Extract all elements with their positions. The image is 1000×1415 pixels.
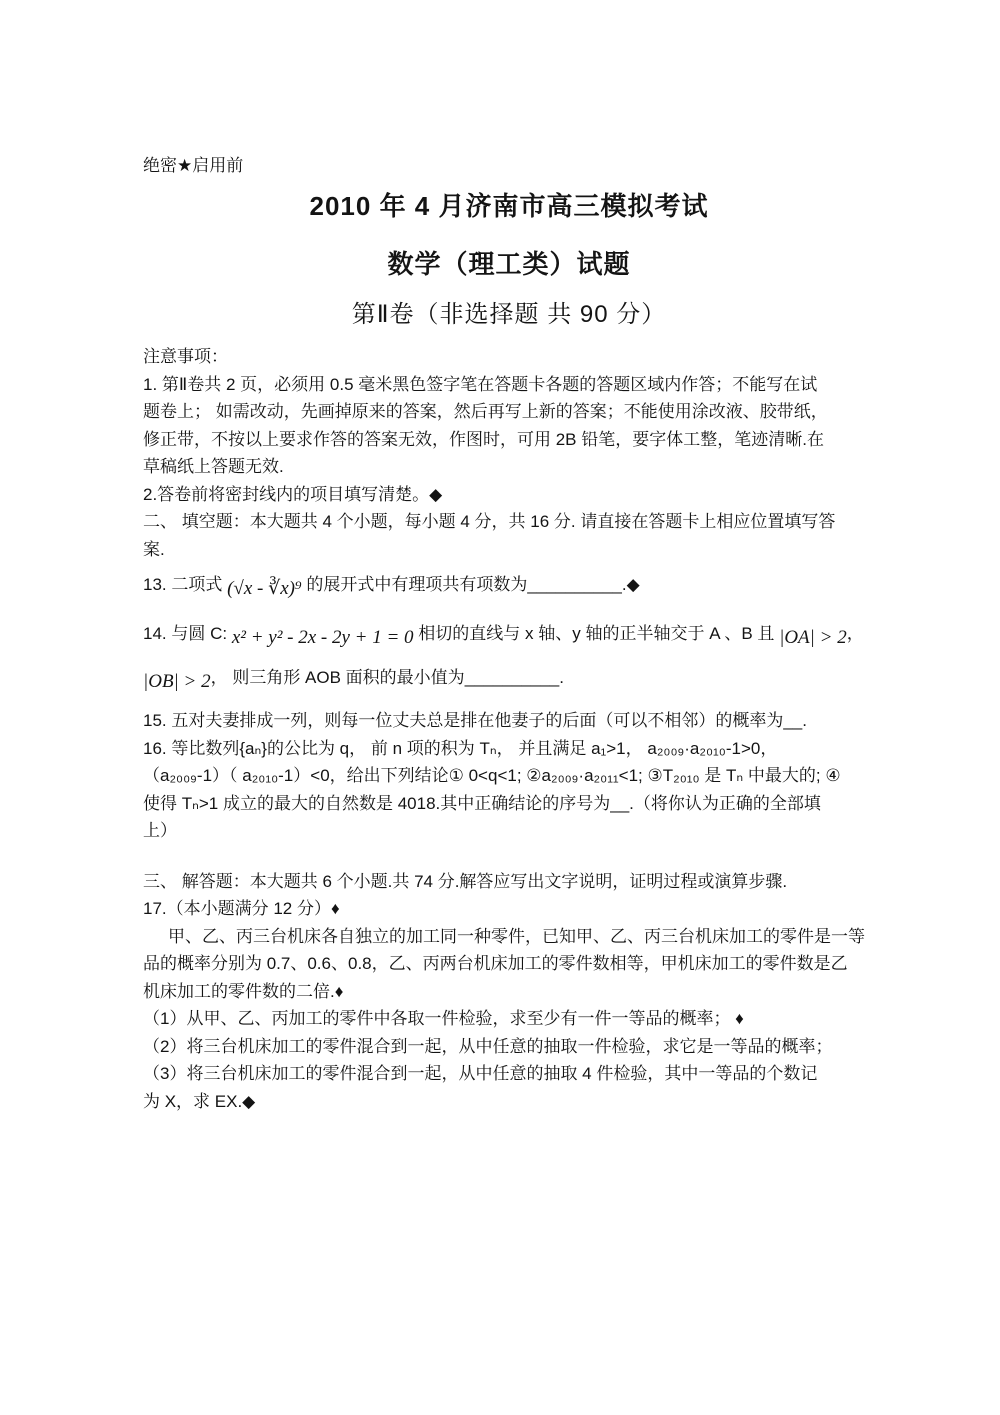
q13-binomial-formula: (√x - ∛x)⁹: [227, 578, 302, 599]
notice-item-1-line-4: 草稿纸上答题无效.: [143, 453, 875, 481]
question-14-line-2: |OB| > 2， 则三角形 AOB 面积的最小值为__________.: [143, 657, 875, 699]
question-14-line-1: 14. 与圆 C: x² + y² - 2x - 2y + 1 = 0 相切的直…: [143, 611, 875, 657]
notice-item-1-line-2: 题卷上； 如需改动，先画掉原来的答案，然后再写上新的答案；不能使用涂改液、胶带纸…: [143, 398, 875, 426]
q14-ob-condition: |OB| > 2: [143, 671, 211, 692]
question-17-part-1: （1）从甲、乙、丙加工的零件中各取一件检验，求至少有一件一等品的概率； ♦: [143, 1005, 875, 1033]
question-13: 13. 二项式 (√x - ∛x)⁹ 的展开式中有理项共有项数为________…: [143, 565, 875, 605]
notice-item-1-line-3: 修正带，不按以上要求作答的答案无效，作图时，可用 2B 铅笔，要字体工整，笔迹清…: [143, 426, 875, 454]
question-16-line-4: 上）: [143, 817, 875, 845]
q14-text-tail-1: ，: [847, 624, 864, 643]
q14-text-mid-2: ， 则三角形 AOB 面积的最小值为: [211, 668, 465, 687]
notice-heading: 注意事项：: [143, 343, 875, 371]
q13-answer-blank: __________: [527, 575, 622, 594]
page-content: 绝密★启用前 2010 年 4 月济南市高三模拟考试 数学（理工类）试题 第Ⅱ卷…: [143, 152, 875, 1115]
question-17-intro-line-3: 机床加工的零件数的二倍.♦: [143, 978, 875, 1006]
question-17-part-2: （2）将三台机床加工的零件混合到一起，从中任意的抽取一件检验，求它是一等品的概率…: [143, 1033, 875, 1061]
fill-in-section-header-line-1: 二、 填空题：本大题共 4 个小题，每小题 4 分，共 16 分. 请直接在答题…: [143, 508, 875, 536]
q14-text-mid: 相切的直线与 x 轴、y 轴的正半轴交于 A 、B 且: [418, 624, 779, 643]
q14-oa-condition: |OA| > 2: [779, 627, 847, 648]
section-banner: 第Ⅱ卷（非选择题 共 90 分）: [143, 299, 875, 331]
q13-text-tail: .◆: [622, 575, 640, 594]
question-16-line-2: （a₂₀₀₉-1）（ a₂₀₁₀-1）<0，给出下列结论① 0<q<1; ②a₂…: [143, 762, 875, 790]
q13-text-post: 的展开式中有理项共有项数为: [306, 575, 527, 594]
q14-text-pre: 14. 与圆 C:: [143, 624, 232, 643]
question-17-intro-line-2: 品的概率分别为 0.7、0.6、0.8，乙、丙两台机床加工的零件数相等，甲机床加…: [143, 950, 875, 978]
question-17-header: 17.（本小题满分 12 分）♦: [143, 895, 875, 923]
classification-label: 绝密★启用前: [143, 152, 875, 179]
q14-text-tail-2: .: [559, 668, 564, 687]
question-15: 15. 五对夫妻排成一列，则每一位丈夫总是排在他妻子的后面（可以不相邻）的概率为…: [143, 707, 875, 735]
notice-item-2: 2.答卷前将密封线内的项目填写清楚。◆: [143, 481, 875, 509]
exam-body: 注意事项： 1. 第Ⅱ卷共 2 页，必须用 0.5 毫米黑色签字笔在答题卡各题的…: [143, 343, 875, 1115]
q13-text-pre: 13. 二项式: [143, 575, 227, 594]
q14-answer-blank: __________: [465, 668, 560, 687]
exam-title: 2010 年 4 月济南市高三模拟考试: [143, 189, 875, 223]
exam-subtitle: 数学（理工类）试题: [143, 247, 875, 281]
exam-page: 绝密★启用前 2010 年 4 月济南市高三模拟考试 数学（理工类）试题 第Ⅱ卷…: [0, 0, 1000, 1415]
question-17-intro-line-1: 甲、乙、丙三台机床各自独立的加工同一种零件，已知甲、乙、丙三台机床加工的零件是一…: [143, 923, 875, 951]
question-17-part-3-line-1: （3）将三台机床加工的零件混合到一起，从中任意的抽取 4 件检验，其中一等品的个…: [143, 1060, 875, 1088]
q14-circle-equation: x² + y² - 2x - 2y + 1 = 0: [232, 627, 414, 648]
question-16-line-1: 16. 等比数列{aₙ}的公比为 q， 前 n 项的积为 Tₙ， 并且满足 a₁…: [143, 735, 875, 763]
fill-in-section-header-line-2: 案.: [143, 536, 875, 564]
solve-section-header: 三、 解答题：本大题共 6 个小题.共 74 分.解答应写出文字说明，证明过程或…: [143, 868, 875, 896]
question-16-line-3: 使得 Tₙ>1 成立的最大的自然数是 4018.其中正确结论的序号为__.（将你…: [143, 790, 875, 818]
notice-item-1-line-1: 1. 第Ⅱ卷共 2 页，必须用 0.5 毫米黑色签字笔在答题卡各题的答题区域内作…: [143, 371, 875, 399]
question-17-part-3-line-2: 为 X，求 EX.◆: [143, 1088, 875, 1116]
